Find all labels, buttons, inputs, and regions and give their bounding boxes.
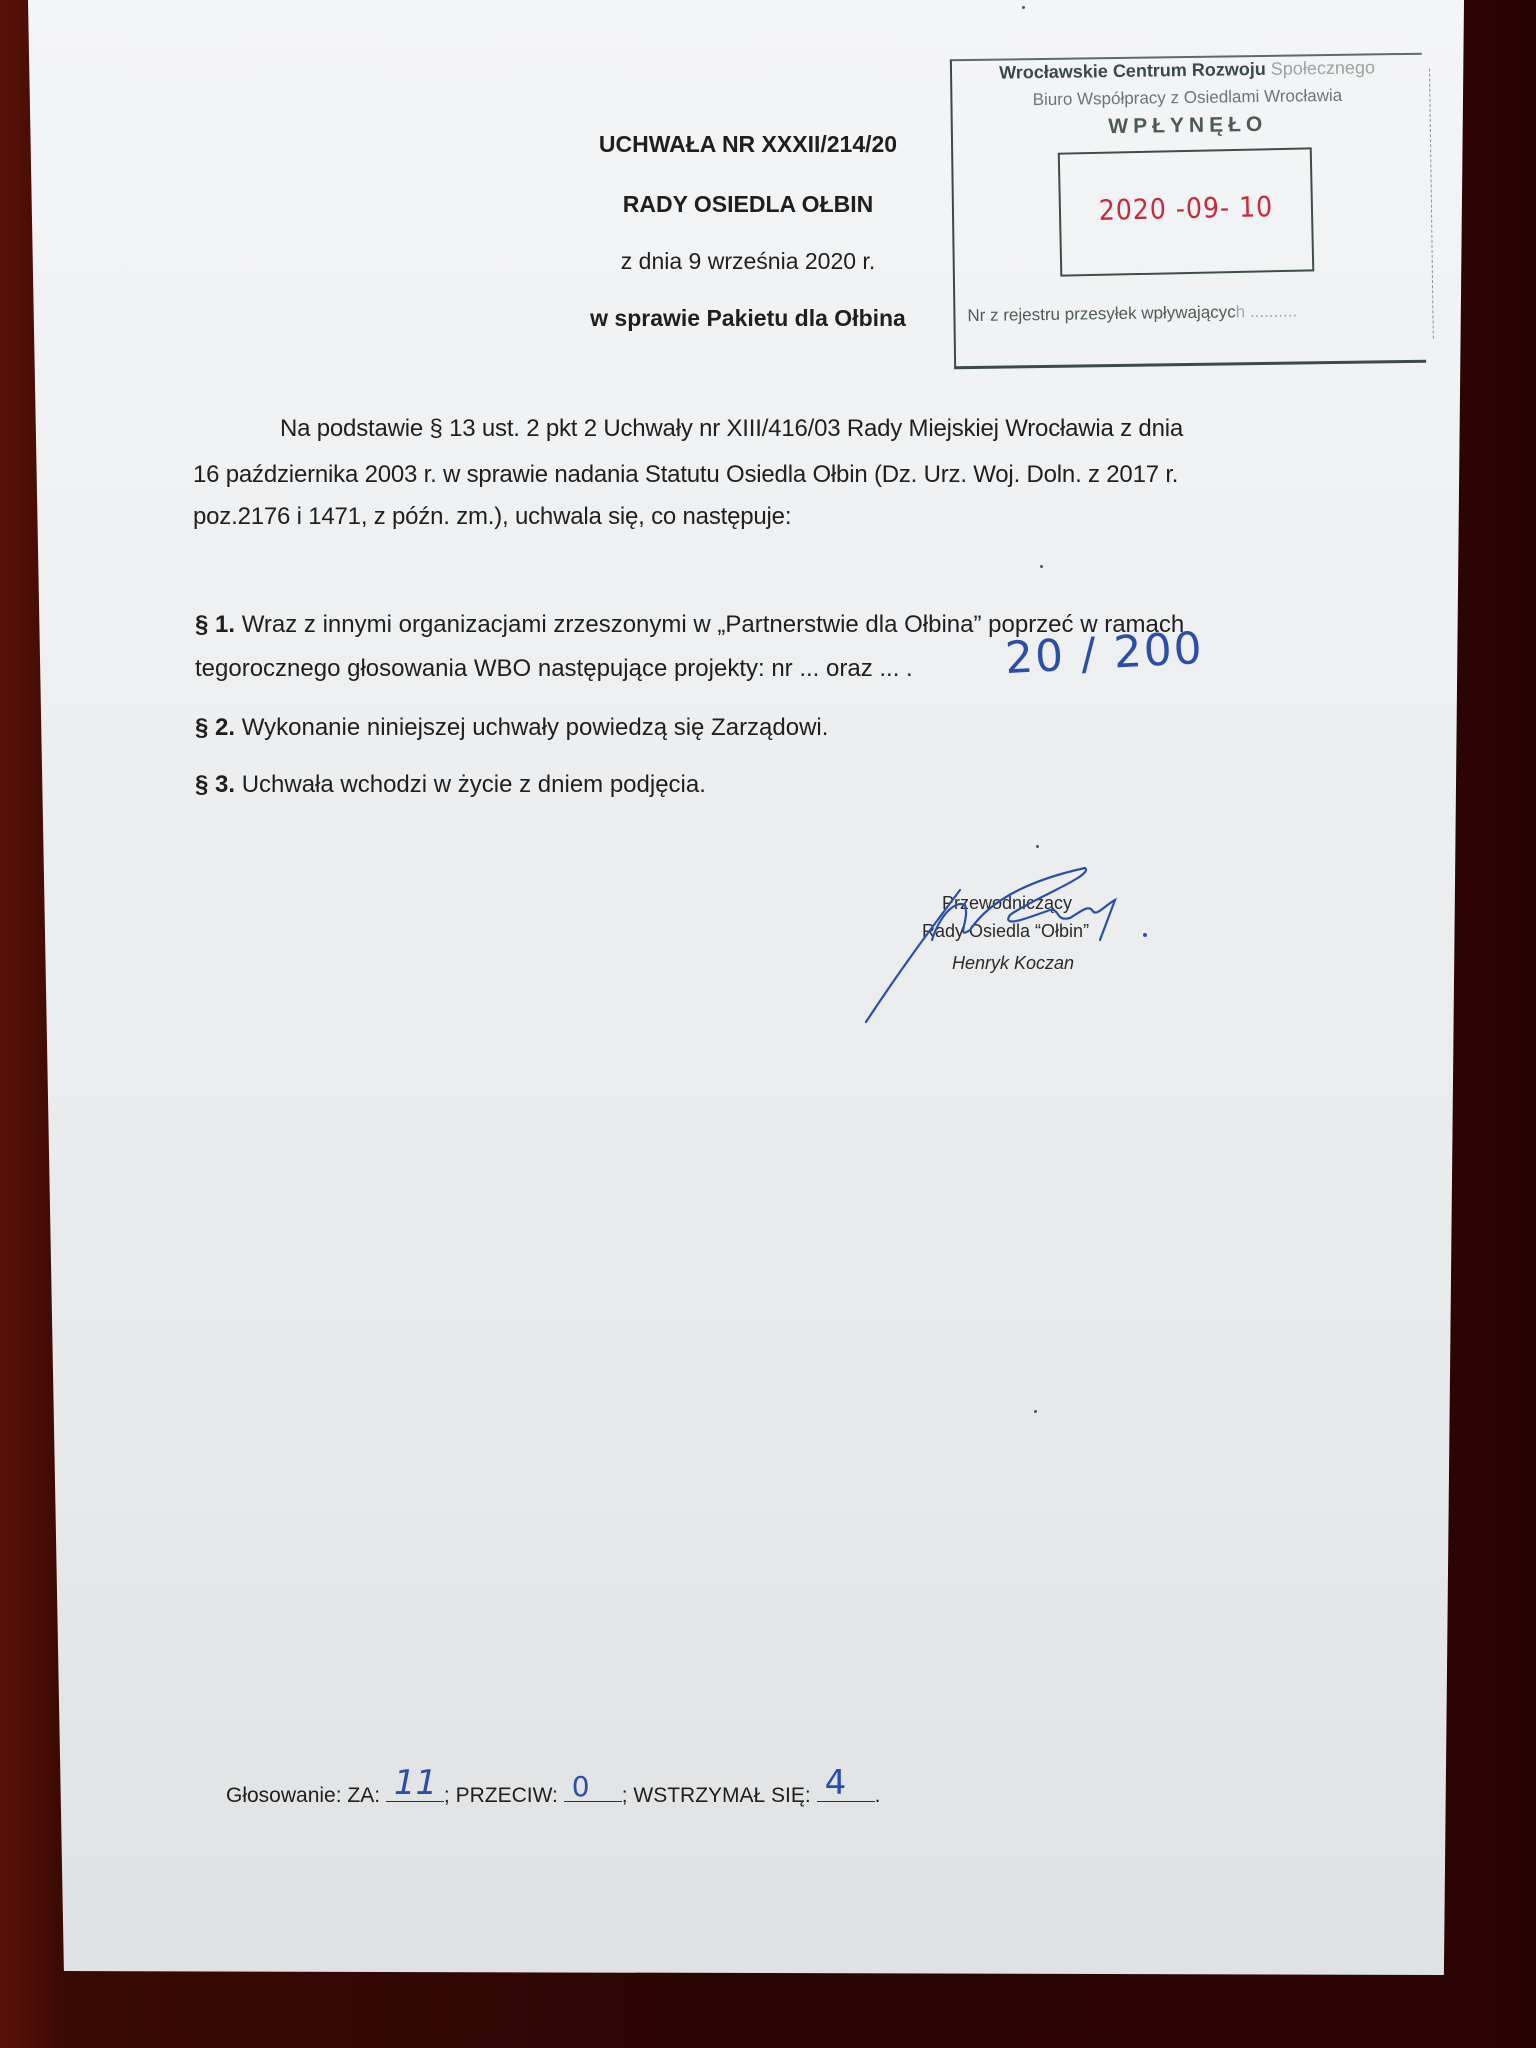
resolution-title: UCHWAŁA NR XXXII/214/20 [448,131,1048,158]
vote-label-wstrzymal: ; WSTRZYMAŁ SIĘ: [622,1784,817,1807]
stamp-office: Biuro Współpracy z Osiedlami Wrocławia [952,85,1422,112]
vote-wstrzymal-value: 4 [825,1763,847,1803]
vote-label-przeciw: ; PRZECIW: [444,1784,564,1807]
preamble-line-2: 16 października 2003 r. w sprawie nadani… [193,461,1178,489]
paper-speck [1034,1410,1037,1413]
stamp-institution-main: Wrocławskie Centrum Rozwoju [999,59,1271,83]
paragraph-3-number: § 3. [195,771,235,798]
paragraph-3-text: Uchwała wchodzi w życie z dniem podjęcia… [235,771,706,798]
paper-speck [1022,6,1025,9]
stamp-register-faded: h .......... [1236,301,1298,321]
paragraph-2: § 2. Wykonanie niniejszej uchwały powied… [195,714,828,742]
vote-label-za: Głosowanie: ZA: [226,1784,386,1807]
vote-przeciw-field: 0 [564,1783,622,1802]
stamp-institution: Wrocławskie Centrum Rozwoju Społecznego [952,57,1422,85]
stamp-institution-faded: Społecznego [1271,57,1375,78]
vote-tally: Głosowanie: ZA: 11; PRZECIW: 0; WSTRZYMA… [226,1783,880,1808]
handwritten-signature [860,860,1160,1030]
preamble-line-3: poz.2176 i 1471, z późn. zm.), uchwala s… [193,503,791,531]
resolution-date: z dnia 9 września 2020 r. [448,248,1048,275]
paragraph-1-number: § 1. [195,611,235,638]
paragraph-1-line-2: tegorocznego głosowania WBO następujące … [195,655,913,683]
paper-speck [1036,845,1039,848]
resolution-issuer: RADY OSIEDLA OŁBIN [448,191,1048,218]
paragraph-3: § 3. Uchwała wchodzi w życie z dniem pod… [195,771,706,799]
paper-speck [1040,565,1043,568]
resolution-subject: w sprawie Pakietu dla Ołbina [448,305,1048,332]
paragraph-2-number: § 2. [195,714,235,741]
vote-przeciw-value: 0 [572,1770,590,1803]
vote-za-field: 11 [386,1783,444,1802]
stamp-date-box: 2020 -09- 10 [1058,147,1315,276]
vote-wstrzymal-field: 4 [817,1783,875,1802]
handwritten-project-numbers: 20 / 200 [1004,623,1205,684]
preamble-line-1: Na podstawie § 13 ust. 2 pkt 2 Uchwały n… [280,415,1183,443]
stamp-received-date: 2020 -09- 10 [1061,189,1312,227]
vote-end-punct: . [875,1784,881,1807]
paragraph-2-text: Wykonanie niniejszej uchwały powiedzą si… [235,714,828,741]
vote-za-value: 11 [394,1763,437,1803]
